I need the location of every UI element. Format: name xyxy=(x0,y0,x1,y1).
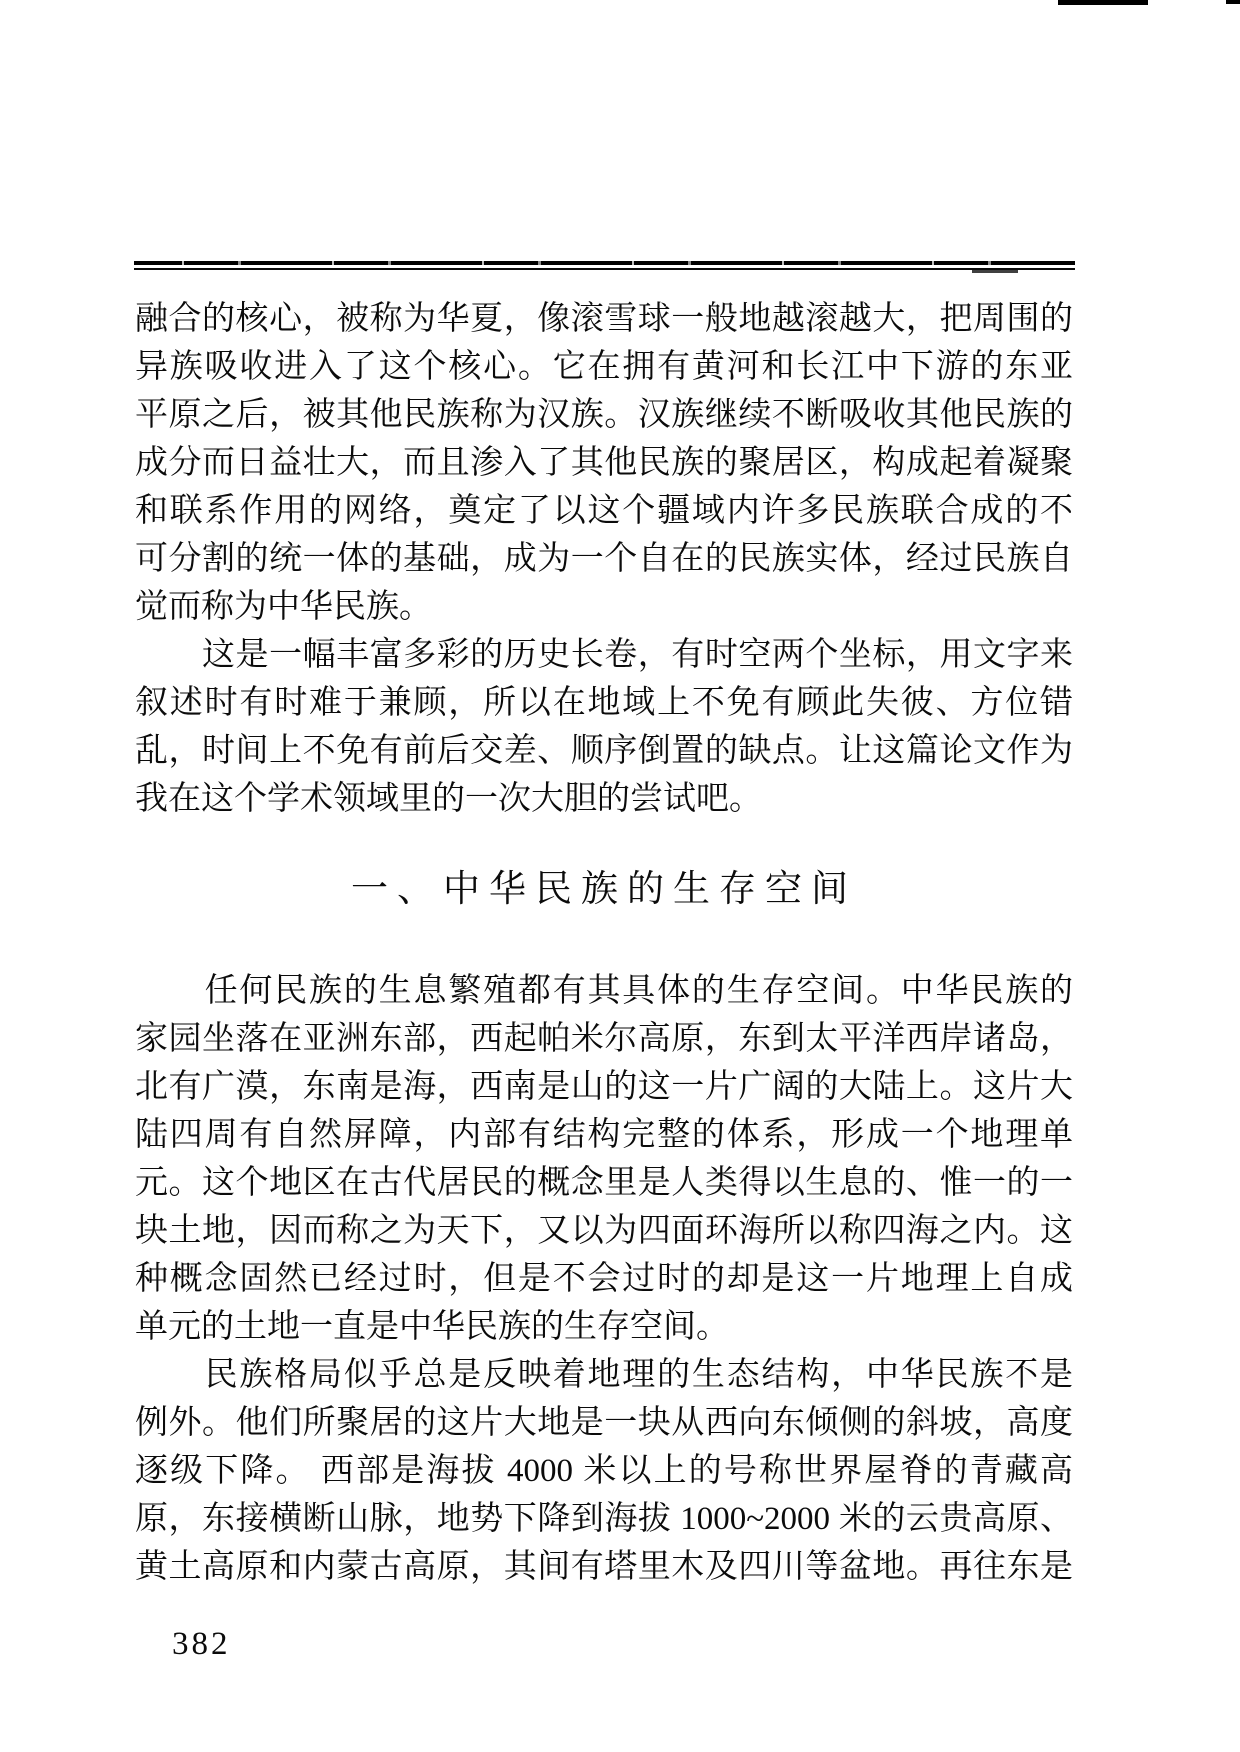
paragraph: 这是一幅丰富多彩的历史长卷，有时空两个坐标，用文字来叙述时有时难于兼顾，所以在地… xyxy=(135,631,1073,823)
scan-artifact-top-corner xyxy=(1226,0,1240,4)
text-line: 我在这个学术领域里的一次大胆的尝试吧。 xyxy=(135,775,1073,823)
header-rule-smudge xyxy=(972,270,1018,273)
text-line: 陆四周有自然屏障，内部有结构完整的体系，形成一个地理单 xyxy=(135,1111,1073,1159)
paragraph: 任何民族的生息繁殖都有其具体的生存空间。中华民族的家园坐落在亚洲东部，西起帕米尔… xyxy=(135,967,1073,1351)
text-line: 成分而日益壮大，而且渗入了其他民族的聚居区，构成起着凝聚 xyxy=(135,439,1073,487)
scan-artifact-top-bar xyxy=(1058,0,1148,5)
paragraph: 民族格局似乎总是反映着地理的生态结构，中华民族不是例外。他们所聚居的这片大地是一… xyxy=(135,1351,1073,1591)
text-line: 单元的土地一直是中华民族的生存空间。 xyxy=(135,1303,1073,1351)
text-line: 融合的核心，被称为华夏，像滚雪球一般地越滚越大，把周围的 xyxy=(135,295,1073,343)
text-line: 北有广漠，东南是海，西南是山的这一片广阔的大陆上。这片大 xyxy=(135,1063,1073,1111)
paragraph: 融合的核心，被称为华夏，像滚雪球一般地越滚越大，把周围的异族吸收进入了这个核心。… xyxy=(135,295,1073,631)
text-line: 家园坐落在亚洲东部，西起帕米尔高原，东到太平洋西岸诸岛， xyxy=(135,1015,1073,1063)
text-line: 觉而称为中华民族。 xyxy=(135,583,1073,631)
text-line: 和联系作用的网络，奠定了以这个疆域内许多民族联合成的不 xyxy=(135,487,1073,535)
text-line: 种概念固然已经过时，但是不会过时的却是这一片地理上自成 xyxy=(135,1255,1073,1303)
text-line: 任何民族的生息繁殖都有其具体的生存空间。中华民族的 xyxy=(135,967,1073,1015)
header-rule-thin-line xyxy=(134,268,1075,270)
text-line: 原，东接横断山脉，地势下降到海拔 1000~2000 米的云贵高原、 xyxy=(135,1495,1073,1543)
header-rule-thick-line xyxy=(134,261,1075,265)
header-rule xyxy=(134,261,1075,273)
text-line: 平原之后，被其他民族称为汉族。汉族继续不断吸收其他民族的 xyxy=(135,391,1073,439)
text-line: 乱，时间上不免有前后交差、顺序倒置的缺点。让这篇论文作为 xyxy=(135,727,1073,775)
text-line: 民族格局似乎总是反映着地理的生态结构，中华民族不是 xyxy=(135,1351,1073,1399)
text-line: 块土地，因而称之为天下，又以为四面环海所以称四海之内。这 xyxy=(135,1207,1073,1255)
text-body: 融合的核心，被称为华夏，像滚雪球一般地越滚越大，把周围的异族吸收进入了这个核心。… xyxy=(135,295,1073,1591)
text-line: 异族吸收进入了这个核心。它在拥有黄河和长江中下游的东亚 xyxy=(135,343,1073,391)
text-line: 逐级下降。 西部是海拔 4000 米以上的号称世界屋脊的青藏高 xyxy=(135,1447,1073,1495)
text-line: 黄土高原和内蒙古高原，其间有塔里木及四川等盆地。再往东是 xyxy=(135,1543,1073,1591)
text-line: 这是一幅丰富多彩的历史长卷，有时空两个坐标，用文字来 xyxy=(135,631,1073,679)
text-line: 叙述时有时难于兼顾，所以在地域上不免有顾此失彼、方位错 xyxy=(135,679,1073,727)
text-line: 可分割的统一体的基础，成为一个自在的民族实体，经过民族自 xyxy=(135,535,1073,583)
section-heading: 一、中华民族的生存空间 xyxy=(135,865,1073,915)
text-line: 例外。他们所聚居的这片大地是一块从西向东倾侧的斜坡，高度 xyxy=(135,1399,1073,1447)
text-line: 元。这个地区在古代居民的概念里是人类得以生息的、惟一的一 xyxy=(135,1159,1073,1207)
scanned-book-page: 融合的核心，被称为华夏，像滚雪球一般地越滚越大，把周围的异族吸收进入了这个核心。… xyxy=(0,0,1240,1752)
page-number: 382 xyxy=(172,1626,231,1663)
